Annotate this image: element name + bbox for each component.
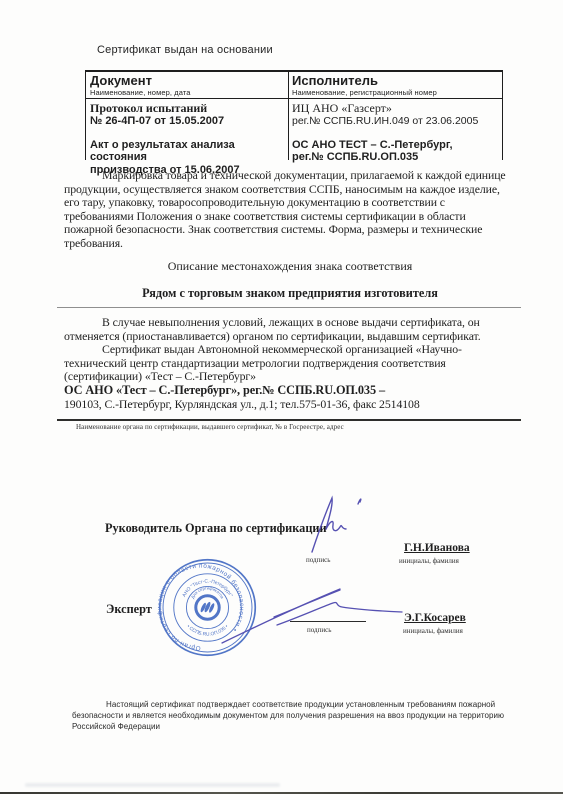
paragraph-line: его тару, упаковку, товаросопроводительн…	[64, 196, 510, 210]
column-header: Исполнитель	[292, 73, 498, 88]
executor-name: ИЦ АНО «Газсерт»	[292, 102, 498, 115]
marking-paragraph: Маркировка товара и технической документ…	[64, 169, 510, 251]
paragraph-line: Маркировка товара и технической документ…	[64, 169, 510, 183]
executor-reg-number: рег.№ ССПБ.RU.ИН.049 от 23.06.2005	[292, 115, 498, 128]
expert-signature-ink	[214, 577, 414, 647]
document-title: Протокол испытаний	[90, 102, 284, 115]
document-title: Акт о результатах анализа состояния	[90, 139, 284, 164]
footer-line: Российской Федерации	[72, 722, 516, 733]
paragraph-line: продукции, осуществляется знаком соответ…	[64, 183, 510, 197]
basis-table: Документ Наименование, номер, дата Испол…	[85, 70, 503, 160]
table-row: Протокол испытаний № 26-4П-07 от 15.05.2…	[86, 99, 502, 129]
name-caption: инициалы, фамилия	[399, 557, 459, 565]
issued-line: (сертификации) «Тест – С.-Петербург»	[64, 370, 510, 384]
footer-line: безопасности и является необходимым доку…	[72, 711, 516, 722]
paragraph-line: требованиями Положения о знаке соответст…	[64, 210, 510, 224]
executor-cell: ИЦ АНО «Газсерт» рег.№ ССПБ.RU.ИН.049 от…	[288, 99, 502, 129]
scan-smudge	[25, 783, 280, 787]
expert-label: Эксперт	[106, 602, 152, 617]
cert-basis-intro: Сертификат выдан на основании	[97, 44, 273, 56]
header-cell-document: Документ Наименование, номер, дата	[86, 72, 288, 98]
issuer-underline	[57, 419, 521, 421]
paragraph-line: требования.	[64, 237, 510, 251]
mark-location-heading: Описание местонахождения знака соответст…	[60, 259, 520, 274]
certificate-page: { "document": { "intro": "Сертификат выд…	[0, 0, 563, 800]
issuer-address-line: 190103, С.-Петербург, Курляндская ул., д…	[64, 398, 510, 412]
separator-line	[57, 307, 521, 308]
paragraph-line: пожарной безопасности. Знак соответствия…	[64, 223, 510, 237]
mark-location-value: Рядом с торговым знаком предприятия изго…	[60, 286, 520, 301]
issued-line: Сертификат выдан Автономной некоммерческ…	[64, 343, 510, 357]
table-header-row: Документ Наименование, номер, дата Испол…	[86, 72, 502, 99]
issuer-org-line: ОС АНО «Тест – С.-Петербург», рег.№ ССПБ…	[64, 384, 510, 398]
page-edge-line	[0, 792, 563, 794]
footer-note: Настоящий сертификат подтверждает соотве…	[72, 700, 516, 732]
issuer-section: В случае невыполнения условий, лежащих в…	[64, 316, 510, 411]
conditions-line: отменяется (приостанавливается) органом …	[64, 330, 510, 344]
issuer-caption: Наименование органа по сертификации, выд…	[76, 423, 344, 431]
head-signature-ink	[299, 492, 371, 558]
executor-reg-number: рег.№ ССПБ.RU.ОП.035	[292, 151, 498, 164]
head-of-body-label: Руководитель Органа по сертификации	[105, 521, 327, 536]
column-subheader: Наименование, регистрационный номер	[292, 88, 498, 97]
issued-line: технический центр стандартизации метроло…	[64, 357, 510, 371]
document-cell: Протокол испытаний № 26-4П-07 от 15.05.2…	[86, 99, 288, 129]
conditions-line: В случае невыполнения условий, лежащих в…	[64, 316, 510, 330]
column-subheader: Наименование, номер, дата	[90, 88, 284, 97]
header-cell-executor: Исполнитель Наименование, регистрационны…	[288, 72, 502, 98]
document-number: № 26-4П-07 от 15.05.2007	[90, 115, 284, 128]
table-column-divider	[288, 72, 289, 160]
column-header: Документ	[90, 73, 284, 88]
table-body: Протокол испытаний № 26-4П-07 от 15.05.2…	[86, 99, 502, 177]
footer-line: Настоящий сертификат подтверждает соотве…	[72, 700, 516, 711]
head-name: Г.Н.Иванова	[404, 542, 470, 554]
executor-name: ОС АНО ТЕСТ – С.-Петербург,	[292, 139, 498, 152]
